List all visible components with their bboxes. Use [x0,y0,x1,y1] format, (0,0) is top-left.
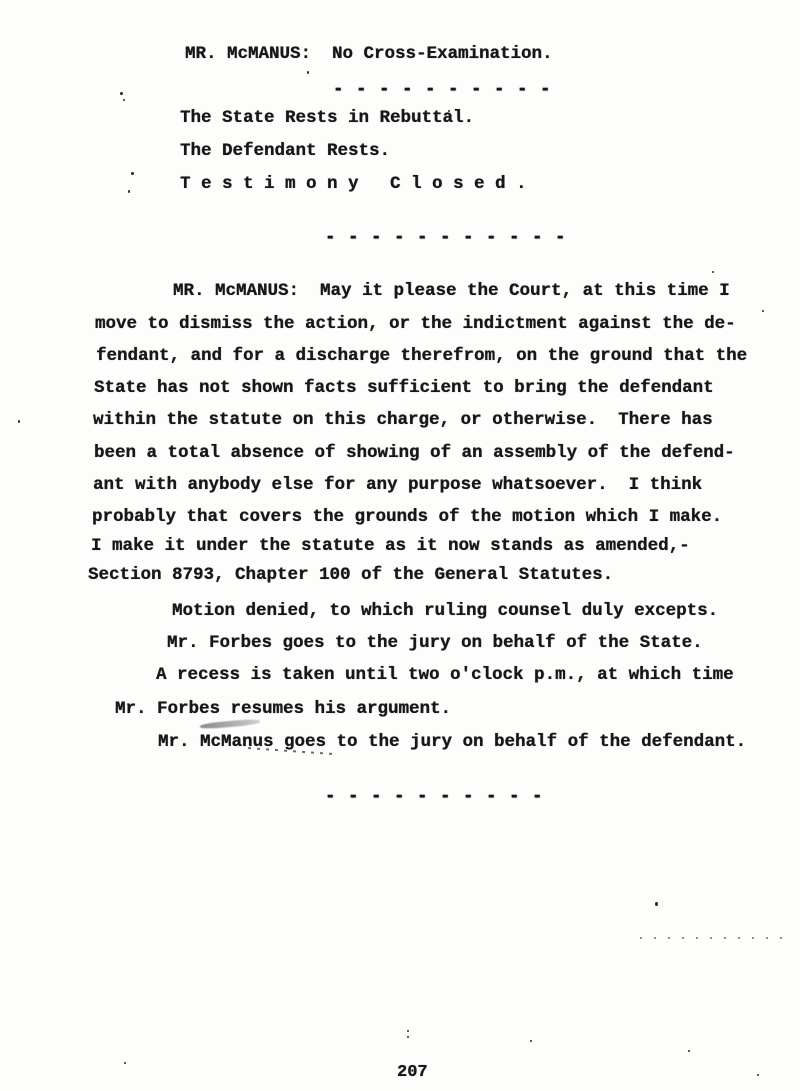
scan-speck [530,1040,532,1042]
scan-speck [448,110,450,112]
separator-dashes: - - - - - - - - - - [325,785,544,810]
scan-speck [307,71,309,74]
scan-speck [762,310,764,312]
state-rests-line: The State Rests in Rebuttal. [180,108,474,128]
scan-speck [123,99,125,101]
motion-paragraph-line: been a total absence of showing of an as… [94,443,735,463]
motion-paragraph-line: move to dismiss the action, or the indic… [95,314,736,334]
no-cross-examination-line: MR. McMANUS: No Cross-Examination. [185,44,553,64]
motion-paragraph-line: within the statute on this charge, or ot… [93,410,713,430]
ink-smudge [200,718,260,729]
page-number: 207 [397,1063,428,1083]
motion-paragraph-line: Section 8793, Chapter 100 of the General… [88,565,613,585]
scanned-transcript-page: MR. McMANUS: No Cross-Examination. - - -… [0,0,800,1091]
defendant-rests-line: The Defendant Rests. [180,141,390,161]
motion-paragraph-line: ant with anybody else for any purpose wh… [93,475,702,495]
motion-paragraph-line: fendant, and for a discharge therefrom, … [96,346,747,366]
scan-speck [655,902,658,906]
recess-line: A recess is taken until two o'clock p.m.… [156,665,734,685]
scan-noise-row [640,937,790,939]
separator-dashes: - - - - - - - - - - [333,78,552,103]
scan-speck [18,420,20,423]
forbes-jury-line: Mr. Forbes goes to the jury on behalf of… [167,633,703,653]
scan-speck [124,1062,126,1064]
mcmanus-jury-line: Mr. McManus goes to the jury on behalf o… [158,732,746,752]
scan-speck [131,172,134,175]
scan-speck [407,1036,409,1038]
forbes-resumes-line: Mr. Forbes resumes his argument. [115,699,451,719]
motion-paragraph-line: I make it under the statute as it now st… [91,536,690,556]
motion-paragraph-line: MR. McMANUS: May it please the Court, at… [173,281,730,301]
scan-speck [120,92,123,95]
motion-paragraph-line: State has not shown facts sufficient to … [94,378,714,398]
separator-dashes: - - - - - - - - - - - [325,226,567,251]
scan-speck [128,190,130,193]
scan-speck [712,271,714,273]
scan-speck [757,1074,759,1076]
scan-speck [688,1050,690,1052]
motion-denied-line: Motion denied, to which ruling counsel d… [172,601,718,621]
motion-paragraph-line: probably that covers the grounds of the … [92,507,722,527]
testimony-closed-line: T e s t i m o n y C l o s e d . [180,174,527,194]
scan-speck [407,1030,409,1032]
